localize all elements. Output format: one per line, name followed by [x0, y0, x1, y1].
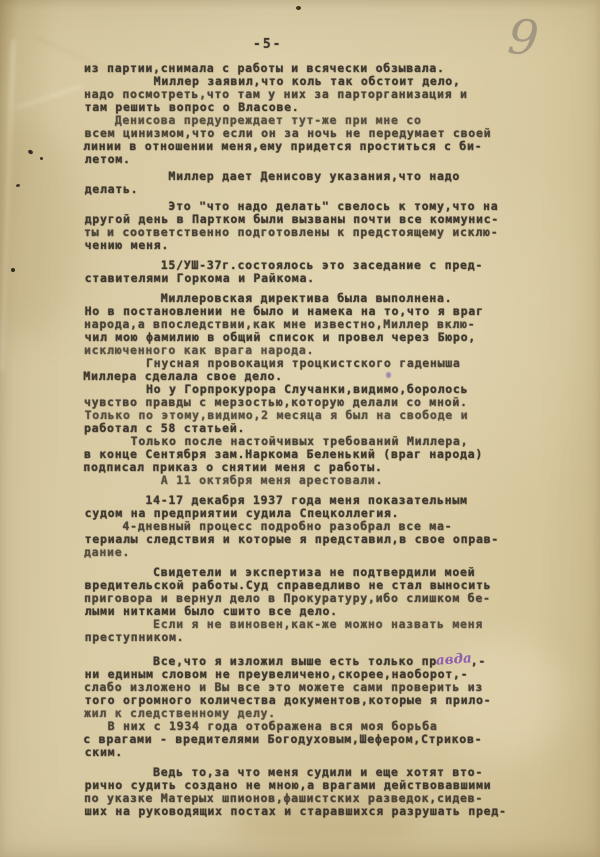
typed-text: ,-	[471, 654, 486, 668]
paragraph-block: Это "что надо делать" свелось к тому,что…	[84, 200, 564, 252]
text-line: линии в отношении меня,ему придется прос…	[83, 140, 563, 153]
text-line: ших на руководящих постах и старавшихся …	[85, 805, 565, 818]
text-line: ским.	[85, 746, 565, 759]
document-text: из партии,снимала с работы и всячески об…	[84, 62, 564, 818]
text-line: дание.	[84, 546, 564, 559]
page-number: -5-	[253, 37, 282, 52]
text-line: А 11 октября меня арестовали.	[84, 474, 564, 487]
paragraph-block: Свидетели и экспертиза не подтвердили мо…	[84, 566, 564, 644]
paragraph-block: 15/УШ-37г.состоялось это заседание с пре…	[84, 259, 564, 285]
text-line: летом.	[85, 153, 565, 166]
text-line: Миллер дает Денисову указания,что надо	[84, 170, 564, 183]
text-line: с врагами - вредителями Богодуховым,Шефе…	[83, 733, 563, 746]
text-line: чению меня.	[85, 239, 565, 252]
text-line: преступником.	[85, 631, 565, 644]
ink-speck	[40, 157, 43, 160]
paragraph-block: Ведь то,за что меня судили и еще хотят в…	[84, 766, 564, 818]
typed-text: Все,что я изложил выше есть только пр	[84, 654, 437, 668]
paragraph-block: Все,что я изложил выше есть только правд…	[84, 655, 564, 759]
ink-speck	[16, 183, 21, 187]
handwritten-correction: авда	[436, 652, 473, 667]
text-line: делать.	[85, 183, 565, 196]
text-line: Только после настойчивых требований Милл…	[85, 435, 565, 448]
paper-crease	[15, 85, 82, 109]
text-line: териалы следствия и которые я представил…	[85, 533, 565, 546]
paper-crease	[0, 40, 15, 370]
ink-speck	[27, 149, 33, 155]
paragraph-block: из партии,снимала с работы и всячески об…	[84, 62, 564, 166]
paragraph-block: Миллеровская директива была выполнена.Но…	[84, 292, 564, 487]
handwritten-page-number: 9	[506, 9, 541, 67]
text-line: Только по этому,видимо,2 месяца я был на…	[85, 409, 565, 422]
paper-stain	[0, 120, 80, 340]
paragraph-block: 14-17 декабря 1937 года меня показательн…	[84, 494, 564, 559]
paragraph-block: Миллер дает Денисову указания,что надоде…	[84, 170, 564, 196]
ink-speck	[11, 268, 15, 272]
document-scan-page: -5- 9 из партии,снимала с работы и всяче…	[0, 0, 600, 857]
ink-speck	[296, 6, 301, 10]
text-line: ставителями Горкома и Райкома.	[85, 272, 565, 285]
